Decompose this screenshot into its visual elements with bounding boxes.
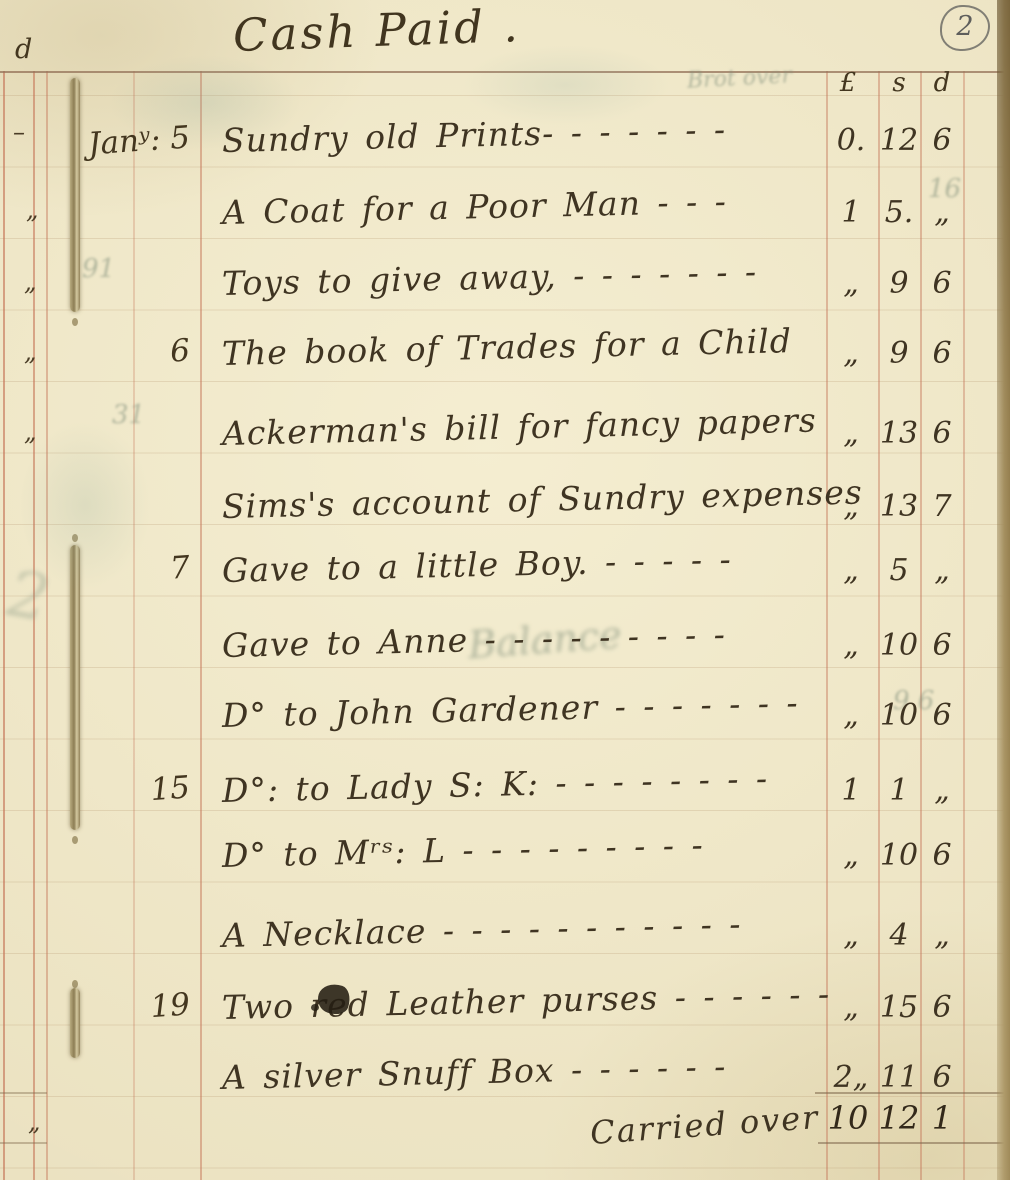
ledger-page: Brot over 91 31 Balance 2 9 6 16 Cash Pa… [0,0,1010,1180]
amount-pence: 6 [920,108,964,174]
amount-shillings: 12 [878,108,920,174]
amount-pence: 6 [920,251,964,317]
amount-shillings: 13 [878,474,920,540]
amount-pounds: „ [826,823,876,889]
entry-date: 7 [84,534,192,607]
entry-description: A Necklace - - - - - - - - - - - [221,891,742,969]
entry-description: A Coat for a Poor Man - - - [221,169,727,246]
amount-pence: 6 [920,683,964,749]
page-number: 2 [940,5,990,51]
entry-description: D° to John Gardener - - - - - - - [221,670,799,749]
ledger-row: A Coat for a Poor Man - - - 1 5. „ [0,180,1010,246]
ledger-row: Toys to give away, - - - - - - - „ 9 6 [0,251,1010,317]
entry-description: Gave to Anne - - - - - - - - - [221,602,726,679]
amount-pence: „ [920,758,964,824]
amount-pence: „ [920,903,964,969]
total-rule-left [0,1142,47,1144]
amount-pounds: 1 [826,180,876,246]
total-rule-right [818,1142,1010,1144]
amount-pounds: „ [826,683,876,749]
amount-pounds: „ [826,474,876,540]
ledger-row: Sims's account of Sundry expenses „ 13 7 [0,474,1010,540]
entry-date: 15 [84,754,192,827]
entry-description: Sundry old Prints- - - - - - - [221,97,727,174]
ledger-row: 19 Two red Leather purses - - - - - - „ … [0,975,1010,1041]
amount-shillings: 1 [878,758,920,824]
entry-date: 6 [84,317,192,390]
amount-shillings: 15 [878,975,920,1041]
amount-pence: 7 [920,474,964,540]
amount-shillings: 9 [878,321,920,387]
amount-pounds: 1 [826,758,876,824]
entry-description: D° to Mʳˢ: L - - - - - - - - - [221,812,704,889]
margin-column-header: d [15,34,32,65]
amount-pence: 6 [920,613,964,679]
ledger-row: D° to Mʳˢ: L - - - - - - - - - „ 10 6 [0,823,1010,889]
amount-shillings: 5 [878,538,920,604]
shillings-column-header: s [878,68,920,98]
entry-description: Ackerman's bill for fancy papers [221,388,817,467]
amount-pounds: „ [826,538,876,604]
entry-description: The book of Trades for a Child [221,308,792,387]
entry-description: A silver Snuff Box - - - - - - [221,1034,727,1111]
entry-date: Janʸ: 5 [84,104,192,177]
amount-shillings: 10 [878,823,920,889]
amount-shillings: 10 [878,613,920,679]
amount-pence: 6 [920,321,964,387]
ledger-row: D° to John Gardener - - - - - - - „ 10 6 [0,683,1010,749]
amount-pounds: „ [826,321,876,387]
amount-pounds: „ [826,975,876,1041]
entry-description: Sims's account of Sundry expenses [221,459,863,540]
amount-pence: „ [920,180,964,246]
ledger-row: Janʸ: 5 Sundry old Prints- - - - - - - 0… [0,108,1010,174]
page-title: Cash Paid . [232,0,521,62]
bleed-through-text: Brot over [686,63,792,93]
ink-blot [311,1004,319,1011]
entry-description: Toys to give away, - - - - - - - [221,239,758,317]
amount-pounds: „ [826,903,876,969]
amount-shillings: 9 [878,251,920,317]
amount-pounds: 0. [826,108,876,174]
total-pence: 1 [920,1094,964,1142]
ledger-row: 7 Gave to a little Boy. - - - - - „ 5 „ [0,538,1010,604]
amount-pence: 6 [920,823,964,889]
margin-mark: „ [28,1108,40,1136]
amount-pounds: „ [826,401,876,467]
pence-column-header: d [920,68,964,98]
amount-shillings: 4 [878,903,920,969]
ledger-row: Ackerman's bill for fancy papers „ 13 6 [0,401,1010,467]
amount-pence: 6 [920,401,964,467]
ledger-row: A Necklace - - - - - - - - - - - „ 4 „ [0,903,1010,969]
ledger-row: 6 The book of Trades for a Child „ 9 6 [0,321,1010,387]
entry-description: Two red Leather purses - - - - - - [221,961,831,1041]
amount-pounds: „ [826,613,876,679]
amount-pence: „ [920,538,964,604]
entry-description: Gave to a little Boy. - - - - - [221,526,732,604]
amount-pence: 6 [920,975,964,1041]
total-pounds: 10 [822,1094,874,1142]
entry-date: 19 [84,971,192,1044]
total-shillings: 12 [878,1094,920,1142]
amount-shillings: 13 [878,401,920,467]
ledger-row: 15 D°: to Lady S: K: - - - - - - - - 1 1… [0,758,1010,824]
amount-shillings: 10 [878,683,920,749]
amount-shillings: 5. [878,180,920,246]
ledger-row: Gave to Anne - - - - - - - - - „ 10 6 [0,613,1010,679]
pounds-column-header: £ [826,68,870,98]
amount-pounds: „ [826,251,876,317]
